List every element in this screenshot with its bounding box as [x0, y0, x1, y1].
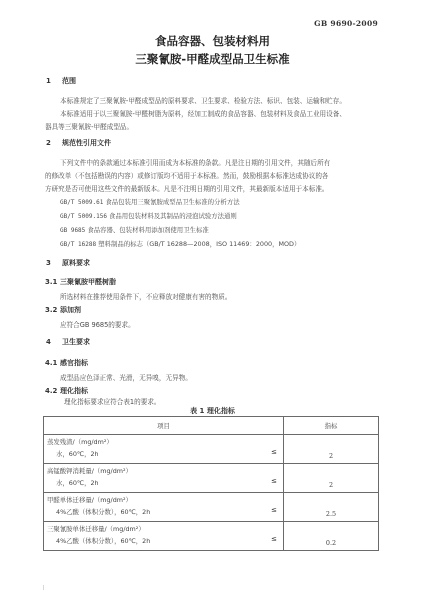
item-name: 高锰酸钾消耗量/（mg/dm²） — [47, 466, 132, 475]
subsection-3-1-heading: 3.1三聚氰胺甲醛树脂 — [45, 277, 116, 287]
document-title-line1: 食品容器、包装材料用 — [0, 33, 425, 49]
subsection-number: 3.2 — [45, 306, 60, 314]
section-4-heading: 4卫生要求 — [46, 337, 90, 347]
section-1-heading: 1范围 — [46, 76, 76, 86]
section-number: 2 — [46, 139, 62, 147]
subsection-4-1-heading: 4.1感官指标 — [45, 358, 88, 368]
table-row: 三聚氰胺单体迁移量/（mg/dm²） 4%乙酸（体积分数），60℃，2h ≤ 0… — [44, 522, 379, 551]
reference-title: 食品容器、包装材料用添加剂使用卫生标准 — [87, 226, 208, 234]
item-cell: 高锰酸钾消耗量/（mg/dm²） 水，60℃，2h ≤ — [44, 464, 284, 493]
subsection-title: 理化指标 — [60, 387, 88, 395]
table-row: 高锰酸钾消耗量/（mg/dm²） 水，60℃，2h ≤ 2 — [44, 464, 379, 493]
section-number: 4 — [46, 338, 62, 346]
section-title: 范围 — [62, 77, 76, 85]
table-row: 蒸发残渣/（mg/dm²） 水，60℃，2h ≤ 2 — [44, 435, 379, 464]
less-equal-sign: ≤ — [271, 448, 277, 456]
item-name: 甲醛单体迁移量/（mg/dm²） — [47, 495, 132, 504]
item-condition: 水，60℃，2h — [56, 449, 99, 458]
item-name: 蒸发残渣/（mg/dm²） — [47, 437, 113, 446]
reference-item: GB/T 5009.61 食品包装用三聚氰胺成型品卫生标准的分析方法 — [60, 197, 240, 206]
subsection-title: 感官指标 — [60, 359, 88, 367]
less-equal-sign: ≤ — [271, 477, 277, 485]
page-artifact-mark — [43, 585, 44, 590]
subsection-number: 3.1 — [45, 278, 60, 286]
item-condition: 4%乙酸（体积分数），60℃，2h — [56, 507, 150, 516]
subsection-4-2-heading: 4.2理化指标 — [45, 386, 88, 396]
document-title-line2: 三聚氰胺-甲醛成型品卫生标准 — [0, 51, 425, 67]
less-equal-sign: ≤ — [271, 506, 277, 514]
item-condition: 水，60℃，2h — [56, 478, 99, 487]
section-number: 1 — [46, 77, 62, 85]
table-row: 甲醛单体迁移量/（mg/dm²） 4%乙酸（体积分数），60℃，2h ≤ 2.5 — [44, 493, 379, 522]
reference-item: GB/T 16288 塑料制品的标志（GB/T 16288—2008，ISO 1… — [60, 239, 300, 248]
less-equal-sign: ≤ — [271, 535, 277, 543]
paragraph: 本标准适用于以三聚氰胺-甲醛树脂为原料，经加工制成的食品容器、包装材料及食品工业… — [60, 108, 346, 118]
reference-item: GB/T 5009.156 食品用包装材料及其制品的浸泡试验方法通则 — [60, 211, 237, 220]
item-name: 三聚氰胺单体迁移量/（mg/dm²） — [47, 524, 145, 533]
standard-number: GB 9690-2009 — [314, 19, 378, 28]
item-cell: 蒸发残渣/（mg/dm²） 水，60℃，2h ≤ — [44, 435, 284, 464]
section-title: 原料要求 — [62, 259, 90, 267]
header-value: 指标 — [284, 417, 379, 435]
paragraph: 器具等三聚氰胺-甲醛成型品。 — [45, 121, 133, 131]
section-title: 卫生要求 — [62, 338, 90, 346]
paragraph: 本标准规定了三聚氰胺-甲醛成型品的原料要求、卫生要求、检验方法、标识、包装、运输… — [60, 95, 346, 105]
reference-code: GB 9685 — [60, 227, 85, 234]
paragraph: 下列文件中的条款通过本标准引用而成为本标准的条款。凡是注日期的引用文件，其随后所… — [60, 157, 330, 167]
item-condition: 4%乙酸（体积分数），60℃，2h — [56, 536, 150, 545]
reference-title: 食品用包装材料及其制品的浸泡试验方法通则 — [109, 212, 237, 220]
subsection-title: 三聚氰胺甲醛树脂 — [60, 278, 116, 286]
reference-code: GB/T 5009.61 — [60, 199, 103, 206]
subsection-number: 4.1 — [45, 359, 60, 367]
subsection-title: 添加剂 — [60, 306, 81, 314]
table-header-row: 项目 指标 — [44, 417, 379, 435]
paragraph: 的修改单（不包括勘误的内容）或修订版均不适用于本标准。然而，鼓励根据本标准达成协… — [45, 170, 329, 180]
subsection-number: 4.2 — [45, 387, 60, 395]
paragraph: 应符合GB 9685的要求。 — [60, 319, 135, 329]
value-cell: 2.5 — [284, 493, 379, 522]
reference-item: GB 9685 食品容器、包装材料用添加剂使用卫生标准 — [60, 225, 209, 234]
section-title: 规范性引用文件 — [62, 139, 111, 147]
paragraph: 成型品应色泽正常、光滑，无异嗅，无异物。 — [60, 372, 192, 382]
item-cell: 甲醛单体迁移量/（mg/dm²） 4%乙酸（体积分数），60℃，2h ≤ — [44, 493, 284, 522]
value-cell: 0.2 — [284, 522, 379, 551]
paragraph: 所选材料在推荐使用条件下，不应释放对健康有害的物质。 — [60, 291, 231, 301]
item-cell: 三聚氰胺单体迁移量/（mg/dm²） 4%乙酸（体积分数），60℃，2h ≤ — [44, 522, 284, 551]
paragraph: 理化指标要求应符合表1的要求。 — [64, 396, 161, 406]
reference-title: 塑料制品的标志（GB/T 16288—2008，ISO 11469：2000，M… — [98, 240, 300, 248]
value-cell: 2 — [284, 464, 379, 493]
section-number: 3 — [46, 259, 62, 267]
value-cell: 2 — [284, 435, 379, 464]
reference-title: 食品包装用三聚氰胺成型品卫生标准的分析方法 — [105, 198, 239, 206]
reference-code: GB/T 5009.156 — [60, 213, 107, 220]
section-2-heading: 2规范性引用文件 — [46, 138, 111, 148]
specification-table: 项目 指标 蒸发残渣/（mg/dm²） 水，60℃，2h ≤ 2 高锰酸钾消耗量… — [43, 416, 379, 551]
header-item: 项目 — [44, 417, 284, 435]
section-3-heading: 3原料要求 — [46, 258, 90, 268]
subsection-3-2-heading: 3.2添加剂 — [45, 305, 81, 315]
table-caption: 表 1 理化指标 — [0, 406, 425, 416]
paragraph: 方研究是否可使用这些文件的最新版本。凡是不注明日期的引用文件，其最新版本适用于本… — [45, 183, 329, 193]
reference-code: GB/T 16288 — [60, 241, 96, 248]
